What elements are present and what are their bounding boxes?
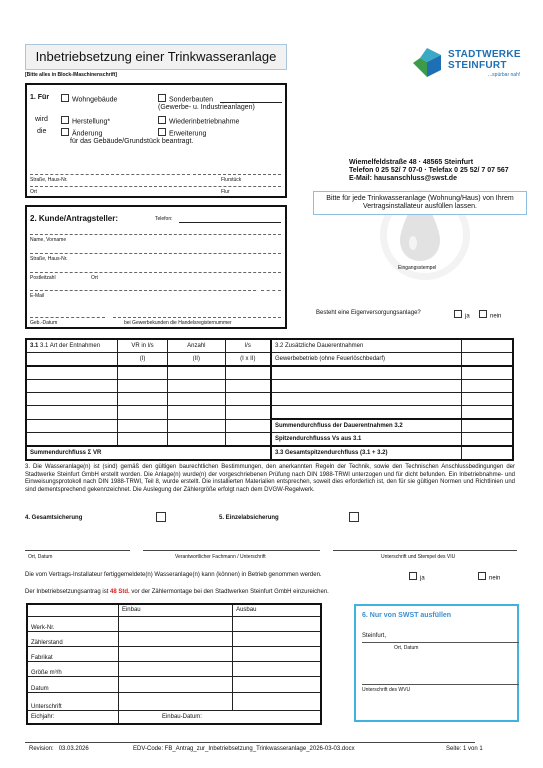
cell[interactable] [225, 419, 271, 433]
flurstueck-field[interactable] [193, 174, 281, 175]
meter-row-label: Größe m³/h [27, 661, 118, 676]
telefon-field[interactable] [179, 222, 281, 223]
cell[interactable] [461, 366, 513, 380]
meter-table: Einbau Ausbau Werk-Nr. Zählerstand Fabri… [26, 603, 322, 725]
header-ls: l/s [225, 339, 271, 353]
eichjahr-label: Eichjahr: [27, 710, 118, 724]
inbetrieb-ja[interactable]: ja [409, 572, 425, 582]
inbetrieb-text: Die vom Vertrags-Installateur fertiggeme… [25, 572, 322, 578]
meter-header-empty [27, 604, 118, 616]
checkbox[interactable] [479, 310, 487, 318]
checkbox[interactable] [158, 94, 166, 102]
label-ort-datum: Ort, Datum [28, 554, 52, 560]
footer-edv-code: EDV-Code: FB_Antrag_zur_Inbetriebsetzung… [133, 746, 355, 752]
checkbox[interactable] [454, 310, 462, 318]
cell[interactable] [233, 661, 321, 676]
ort-datum-line[interactable] [25, 550, 130, 551]
sub-ixii: (I x II) [225, 353, 271, 367]
cell[interactable] [167, 406, 225, 420]
label-ort: Ort [30, 189, 37, 195]
logo: STADTWERKE STEINFURT ...spürbar nah! [410, 44, 525, 82]
einbau-datum-label: Einbau-Datum: [118, 710, 321, 724]
declaration-text: 3. Die Wasseranlage(n) ist (sind) gemäß … [25, 464, 515, 494]
header-vr: VR in l/s [118, 339, 168, 353]
sub-ii: (II) [167, 353, 225, 367]
checkbox[interactable] [158, 116, 166, 124]
gesamtsicherung-checkbox[interactable] [156, 512, 166, 522]
label-flur: Flur [221, 189, 230, 195]
sonderbauten-field[interactable] [220, 102, 282, 103]
plz-ort-field[interactable] [30, 272, 281, 273]
cell[interactable] [233, 676, 321, 692]
section-1-box: 1. Für Wohngebäude Sonderbauten (Gewerbe… [25, 83, 287, 198]
cell[interactable] [461, 339, 513, 353]
meter-row-label: Zählerstand [27, 631, 118, 646]
label-die: die [37, 128, 46, 135]
email-field[interactable] [30, 290, 256, 291]
summ-dauer-label: Summendurchfluss der Dauerentnahmen 3.2 [271, 419, 461, 433]
label-strasse: Straße, Haus-Nr. [30, 177, 68, 183]
meter-row-label: Fabrikat [27, 646, 118, 661]
deadline-text: Der Inbetriebsetzungsantrag ist 48 Std. … [25, 589, 329, 595]
strasse2-field[interactable] [30, 253, 281, 254]
label-fachmann: Verantwortlicher Fachmann / Unterschrift [175, 554, 266, 560]
cell[interactable] [26, 366, 118, 380]
gesamt-label: 3.3 Gesamtspitzendurchfluss (3.1 + 3.2) [271, 446, 461, 460]
cell[interactable] [167, 366, 225, 380]
cell[interactable] [118, 433, 168, 447]
gewerbe-label: Gewerbebetrieb (ohne Feuerlöschbedarf) [271, 353, 461, 367]
eigenversorgung-question: Besteht eine Eigenversorgungsanlage? [316, 310, 421, 316]
viu-line[interactable] [333, 550, 517, 551]
cell[interactable] [167, 419, 225, 433]
cell[interactable] [118, 406, 168, 420]
cell[interactable] [167, 380, 225, 393]
eigenversorgung-ja[interactable]: ja [454, 310, 470, 320]
label-ort-datum-6: Ort, Datum [394, 645, 418, 651]
cell[interactable] [118, 380, 168, 393]
label-strasse2: Straße, Haus-Nr. [30, 256, 68, 262]
contact-phone: Telefon 0 25 52/ 7 07-0 · Telefax 0 25 5… [349, 167, 509, 174]
instruction-note: [Bitte alles in Block-/Maschinenschrift] [25, 72, 117, 78]
checkbox[interactable] [409, 572, 417, 580]
cell[interactable] [271, 366, 461, 380]
cell[interactable] [271, 406, 461, 420]
label-geb: Geb.-Datum [30, 320, 57, 326]
contact-email[interactable]: E-Mail: hausanschluss@swst.de [349, 175, 457, 182]
cell[interactable] [118, 366, 168, 380]
label-steinfurt: Steinfurt, [362, 633, 386, 639]
meter-header-ausbau: Ausbau [233, 604, 321, 616]
option-wiederinbetriebnahme[interactable]: Wiederinbetriebnahme [158, 116, 239, 126]
cell[interactable] [233, 646, 321, 661]
cell[interactable] [233, 692, 321, 710]
checkbox[interactable] [61, 94, 69, 102]
label-fuer: 1. Für [30, 94, 49, 101]
logo-line1: STADTWERKE [448, 49, 521, 60]
section-2-box: 2. Kunde/Antragsteller: Telefon: Name, V… [25, 205, 287, 329]
section-2-title: 2. Kunde/Antragsteller: [30, 214, 118, 223]
cell[interactable] [271, 380, 461, 393]
cell[interactable] [233, 631, 321, 646]
summ-vr-label: Summendurchfluss Σ VR [26, 446, 271, 460]
beantragt-text: für das Gebäude/Grundstück beantragt. [70, 138, 193, 145]
label-ort2: Ort [91, 275, 98, 281]
checkbox[interactable] [61, 128, 69, 136]
meter-row-label: Werk-Nr. [27, 616, 118, 631]
cell[interactable] [26, 393, 118, 406]
cell[interactable] [461, 419, 513, 433]
cell[interactable] [118, 393, 168, 406]
section-6-date-line[interactable] [362, 642, 519, 643]
cell[interactable] [271, 393, 461, 406]
checkbox[interactable] [158, 128, 166, 136]
cell[interactable] [118, 676, 232, 692]
cell[interactable] [225, 380, 271, 393]
eigenversorgung-nein[interactable]: nein [479, 310, 501, 320]
logo-tagline: ...spürbar nah! [488, 72, 520, 78]
email-field-extra[interactable] [261, 290, 281, 291]
cell[interactable] [225, 393, 271, 406]
meter-row-label: Unterschrift [27, 692, 118, 710]
logo-cube-icon [410, 46, 444, 80]
section-5-label: 5. Einzelabsicherung [219, 515, 279, 521]
header-anzahl: Anzahl [167, 339, 225, 353]
meter-row-label: Datum [27, 676, 118, 692]
cell[interactable] [461, 433, 513, 447]
label-flurstueck: Flurstück [221, 177, 241, 183]
label-unterschrift-wvu: Unterschrift des WVU [362, 687, 410, 693]
entnahmen-table: 3.1 3.1 Art der Entnahmen VR in l/s Anza… [25, 338, 514, 461]
hr-field[interactable] [113, 317, 281, 318]
cell[interactable] [233, 616, 321, 631]
cell[interactable] [118, 616, 232, 631]
label-email: E-Mail [30, 293, 44, 299]
label-plz: Postleitzahl [30, 275, 56, 281]
header-32: 3.2 Zusätzliche Dauerentnahmen [271, 339, 461, 353]
header-art: 3.1 3.1 Art der Entnahmen [26, 339, 118, 353]
footer-page: Seite: 1 von 1 [446, 746, 483, 752]
section-6-signature-line[interactable] [362, 684, 519, 685]
option-wohngebaeude[interactable]: Wohngebäude [61, 94, 117, 104]
section-4-label: 4. Gesamtsicherung [25, 515, 82, 521]
cell[interactable] [225, 406, 271, 420]
option-erweiterung[interactable]: Erweiterung [158, 128, 206, 138]
footer-revision: Revision: 03.03.2026 [29, 746, 89, 752]
cell[interactable] [461, 406, 513, 420]
cell[interactable] [461, 393, 513, 406]
section-6-title: 6. Nur von SWST ausfüllen [362, 612, 451, 619]
cell[interactable] [461, 446, 513, 460]
cell[interactable] [26, 353, 118, 367]
label-name: Name, Vorname [30, 237, 66, 243]
sub-i: (I) [118, 353, 168, 367]
section-6-box: 6. Nur von SWST ausfüllen Steinfurt, Ort… [354, 604, 519, 722]
cell[interactable] [26, 380, 118, 393]
option-sonderbauten[interactable]: Sonderbauten [158, 94, 213, 104]
inbetrieb-nein[interactable]: nein [478, 572, 500, 582]
option-aenderung[interactable]: Änderung [61, 128, 102, 138]
cell[interactable] [461, 353, 513, 367]
stamp-label: Eingangsstempel [398, 265, 436, 271]
logo-line2: STEINFURT [448, 60, 507, 71]
option-herstellung[interactable]: Herstellung* [61, 116, 110, 126]
spitzen-label: Spitzendurchflusss Vs aus 3.1 [271, 433, 461, 447]
cell[interactable] [118, 646, 232, 661]
cell[interactable] [118, 419, 168, 433]
cell[interactable] [118, 631, 232, 646]
notice-box: Bitte für jede Trinkwasseranlage (Wohnun… [313, 191, 527, 215]
cell[interactable] [26, 433, 118, 447]
label-viu: Unterschrift und Stempel des VIU [381, 554, 455, 560]
cell[interactable] [461, 380, 513, 393]
document-title: Inbetriebsetzung einer Trinkwasseranlage [25, 44, 287, 70]
footer-divider [25, 742, 475, 743]
cell[interactable] [26, 406, 118, 420]
cell[interactable] [26, 419, 118, 433]
cell[interactable] [225, 433, 271, 447]
cell[interactable] [167, 433, 225, 447]
label-telefon: Telefon: [155, 216, 173, 222]
label-wird: wird [35, 116, 48, 123]
cell[interactable] [118, 692, 232, 710]
checkbox[interactable] [61, 116, 69, 124]
fachmann-line[interactable] [143, 550, 320, 551]
meter-header-einbau: Einbau [118, 604, 232, 616]
strasse-field[interactable] [30, 174, 190, 175]
cell[interactable] [167, 393, 225, 406]
name-field[interactable] [30, 234, 281, 235]
cell[interactable] [118, 661, 232, 676]
sonderbauten-note: (Gewerbe- u. Industrieanlagen) [158, 104, 255, 111]
geb-field[interactable] [30, 317, 105, 318]
ort-field[interactable] [30, 186, 281, 187]
label-hr: bei Gewerbekunden die Handelsregisternum… [124, 320, 232, 326]
einzelabsicherung-checkbox[interactable] [349, 512, 359, 522]
cell[interactable] [225, 366, 271, 380]
contact-address: Wiemelfeldstraße 48 · 48565 Steinfurt [349, 159, 473, 166]
checkbox[interactable] [478, 572, 486, 580]
